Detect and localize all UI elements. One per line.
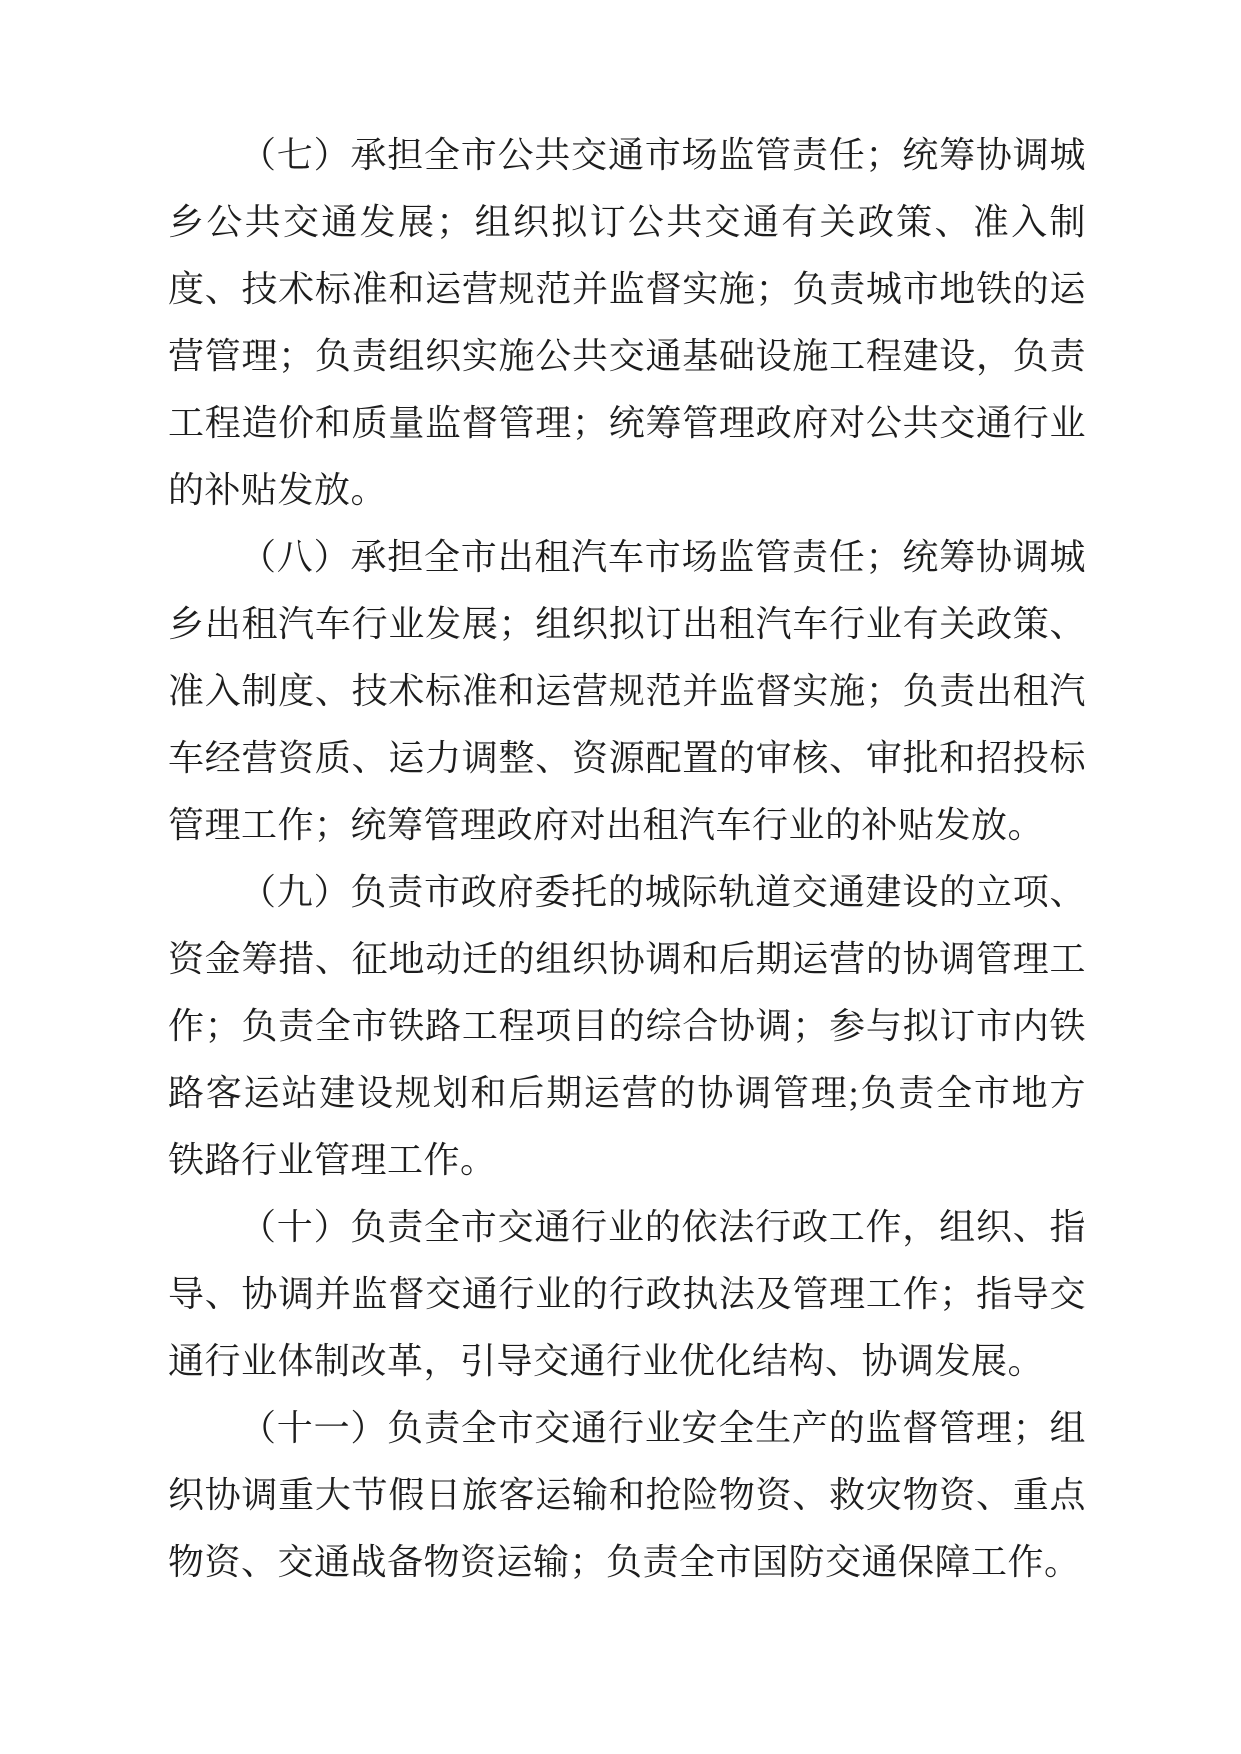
document-body: （七）承担全市公共交通市场监管责任；统筹协调城乡公共交通发展；组织拟订公共交通有… — [168, 122, 1086, 1596]
paragraph-item-11: （十一）负责全市交通行业安全生产的监督管理；组织协调重大节假日旅客运输和抢险物资… — [168, 1395, 1086, 1596]
document-page: （七）承担全市公共交通市场监管责任；统筹协调城乡公共交通发展；组织拟订公共交通有… — [0, 0, 1241, 1754]
paragraph-item-7: （七）承担全市公共交通市场监管责任；统筹协调城乡公共交通发展；组织拟订公共交通有… — [168, 122, 1086, 524]
paragraph-item-8: （八）承担全市出租汽车市场监管责任；统筹协调城乡出租汽车行业发展；组织拟订出租汽… — [168, 524, 1086, 859]
paragraph-item-9: （九）负责市政府委托的城际轨道交通建设的立项、资金筹措、征地动迁的组织协调和后期… — [168, 859, 1086, 1194]
paragraph-item-10: （十）负责全市交通行业的依法行政工作，组织、指导、协调并监督交通行业的行政执法及… — [168, 1194, 1086, 1395]
